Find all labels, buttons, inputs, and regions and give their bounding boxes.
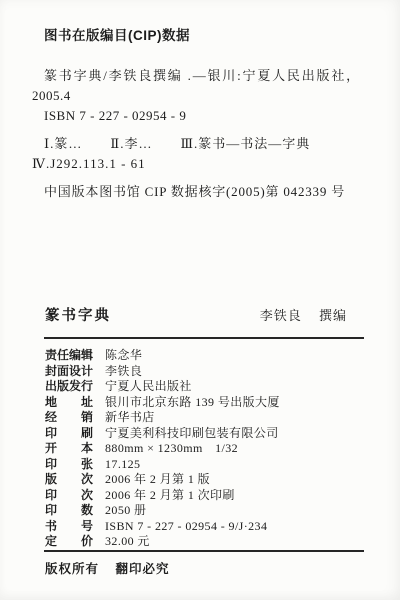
- colophon-label: 出版发行: [45, 377, 93, 394]
- colophon-value: 银川市北京东路 139 号出版大厦: [105, 393, 280, 410]
- colophon-label: 印 张: [45, 455, 93, 472]
- divider-rule-top: [44, 337, 364, 339]
- book-copyright-page: 图书在版编目(CIP)数据 篆书字典/李铁良撰编 .—银川:宁夏人民出版社， 2…: [0, 0, 400, 600]
- colophon-label: 版 次: [45, 470, 93, 487]
- colophon-value: 陈念华: [105, 346, 142, 363]
- cip-entry-year: 2005.4: [32, 86, 374, 106]
- colophon-label: 封面设计: [45, 362, 93, 379]
- colophon-label: 定 价: [45, 532, 93, 549]
- colophon-value: 880mm × 1230mm 1/32: [105, 439, 238, 456]
- colophon-value: 李铁良: [105, 362, 142, 379]
- colophon-value: 2050 册: [105, 501, 146, 518]
- colophon-row: 印 刷 宁夏美利科技印刷包装有限公司: [45, 424, 370, 440]
- colophon-row: 印 数 2050 册: [45, 501, 370, 517]
- title-block: 篆书字典 李铁良 撰编: [45, 304, 364, 325]
- colophon-value: 新华书店: [105, 408, 155, 425]
- colophon-row: 版 次 2006 年 2 月第 1 版: [45, 470, 370, 486]
- copyright-notice: 版权所有 翻印必究: [45, 559, 170, 577]
- colophon-row: 书 号 ISBN 7 - 227 - 02954 - 9/J·234: [45, 517, 370, 533]
- cip-entry-line: 篆书字典/李铁良撰编 .—银川:宁夏人民出版社，: [32, 66, 374, 86]
- colophon-label: 书 号: [45, 517, 93, 534]
- colophon-label: 印 数: [45, 501, 93, 518]
- colophon-value: 2006 年 2 月第 1 版: [105, 470, 210, 487]
- divider-rule-bottom: [44, 550, 364, 552]
- author-name: 李铁良: [260, 308, 302, 323]
- cip-record-number-line: 中国版本图书馆 CIP 数据核字(2005)第 042339 号: [32, 182, 374, 202]
- colophon-table: 责任编辑 陈念华 封面设计 李铁良 出版发行 宁夏人民出版社 地 址 银川市北京…: [45, 346, 370, 548]
- colophon-row: 地 址 银川市北京东路 139 号出版大厦: [45, 393, 370, 409]
- colophon-row: 经 销 新华书店: [45, 408, 370, 424]
- copyright-notice-left: 版权所有: [45, 562, 99, 576]
- colophon-value: 2006 年 2 月第 1 次印刷: [105, 486, 235, 503]
- copyright-notice-right: 翻印必究: [116, 562, 170, 576]
- colophon-row: 印 次 2006 年 2 月第 1 次印刷: [45, 486, 370, 502]
- colophon-label: 印 刷: [45, 424, 93, 441]
- colophon-row: 封面设计 李铁良: [45, 362, 370, 378]
- colophon-label: 印 次: [45, 486, 93, 503]
- colophon-row: 责任编辑 陈念华: [45, 346, 370, 362]
- cip-data-section: 图书在版编目(CIP)数据 篆书字典/李铁良撰编 .—银川:宁夏人民出版社， 2…: [32, 26, 374, 202]
- cip-classification-number: Ⅳ.J292.113.1 - 61: [32, 154, 374, 174]
- colophon-row: 定 价 32.00 元: [45, 532, 370, 548]
- author-credit: 李铁良 撰编: [260, 305, 364, 324]
- cip-isbn-line: ISBN 7 - 227 - 02954 - 9: [32, 106, 374, 126]
- colophon-row: 开 本 880mm × 1230mm 1/32: [45, 439, 370, 455]
- colophon-label: 地 址: [45, 393, 93, 410]
- colophon-value: 32.00 元: [105, 532, 150, 549]
- colophon-value: 宁夏美利科技印刷包装有限公司: [105, 424, 279, 441]
- colophon-value: 宁夏人民出版社: [105, 377, 192, 394]
- colophon-label: 责任编辑: [45, 346, 93, 363]
- author-role: 撰编: [319, 308, 347, 323]
- colophon-label: 开 本: [45, 439, 93, 456]
- colophon-row: 出版发行 宁夏人民出版社: [45, 377, 370, 393]
- cip-classification-line: Ⅰ.篆… Ⅱ.李… Ⅲ.篆书—书法—字典: [32, 134, 374, 154]
- colophon-label: 经 销: [45, 408, 93, 425]
- colophon-row: 印 张 17.125: [45, 455, 370, 471]
- book-title: 篆书字典: [45, 304, 111, 325]
- cip-header: 图书在版编目(CIP)数据: [32, 26, 374, 46]
